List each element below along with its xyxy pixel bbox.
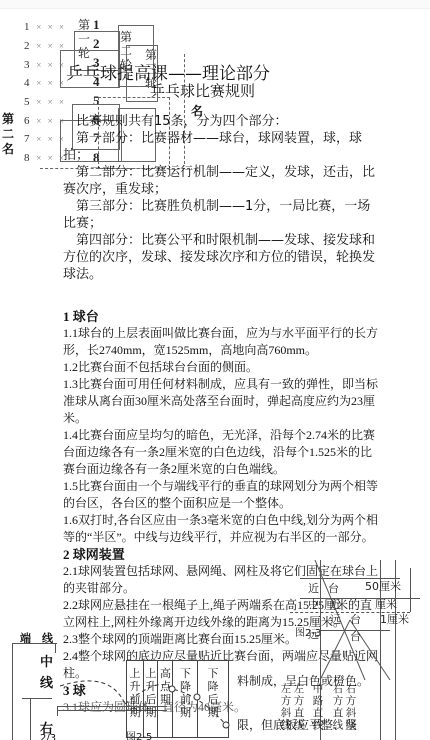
side-label: 第二名 (2, 112, 16, 157)
rule-item: 1.1球台的上层表面叫做比赛台面，应为与水平面平行的长方形，长2740mm，宽1… (63, 325, 380, 359)
rule-item-fragment: 限，但底板应平整、坚 (237, 716, 357, 733)
rule-item-fragment: 料制成，呈白色或橙色。 (237, 672, 369, 689)
figure-label: 1厘米 (380, 611, 409, 627)
intro-block: 比赛规则共有15条，分为四个部分： 第一部分：比赛器材——球台，球网装置，球，球… (63, 113, 380, 283)
rule-item: 1.4比赛台面应呈均匀的暗色，无光泽，沿每个2.74米的比赛台面边缘各有一条2厘… (63, 427, 380, 478)
figure-label: 远 (330, 611, 341, 627)
figure-label: 台 (350, 611, 361, 627)
figure-label: 近 (330, 596, 341, 612)
bracket-row: 1 × × × (24, 21, 66, 33)
part-3: 第三部分：比赛胜负机制——1分，一局比赛，一场比赛； (63, 198, 380, 232)
intro-text: 比赛规则共有15条，分为四个部分： (63, 113, 380, 130)
rule-item: 1.6双打时,各台区应由一条3毫米宽的白色中线,划分为两个相等的“半区”。中线与… (63, 512, 380, 546)
figure-caption: 图2-3 (295, 624, 321, 639)
document-page: 1 × × × 2 × × × 3 × × × 4 × × × 5 × × × … (0, 0, 430, 740)
figure-label: 台 (328, 580, 339, 596)
figure-label: 50厘米 (365, 578, 401, 594)
figure-label: 台 (350, 628, 361, 644)
part-4: 第四部分：比赛公平和时限机制——发球、接发球和方位的次序，发球、接发球次序和方位… (63, 232, 380, 283)
part-1: 第一部分：比赛器材——球台，球网装置，球，球拍； (63, 130, 380, 164)
section-heading: 1 球台 (63, 308, 380, 325)
bracket-row: 5 × × × (24, 96, 66, 108)
figure-label: 近 (308, 580, 319, 596)
ball-trajectory-curve (0, 600, 250, 740)
part-2: 第二部分：比赛运行机制——定义，发球，还击，比赛次序，重发球； (63, 164, 380, 198)
rule-item: 1.3比赛台面可用任何材料制成，应具有一致的弹性，即当标准球从离台面30厘米高处… (63, 376, 380, 427)
page-subtitle: 乒乓球比赛规则 (150, 80, 255, 101)
rule-item: 1.5比赛台面由一个与端线平行的垂直的球网划分为两个相等的台区，各台区的整个面积… (63, 478, 380, 512)
figure-caption: 图2-5 (126, 728, 152, 740)
figure-label: 中 (308, 596, 319, 612)
rule-item: 1.2比赛台面不包括球台台面的侧面。 (63, 359, 380, 376)
figure-label: 厘米 (375, 596, 397, 612)
